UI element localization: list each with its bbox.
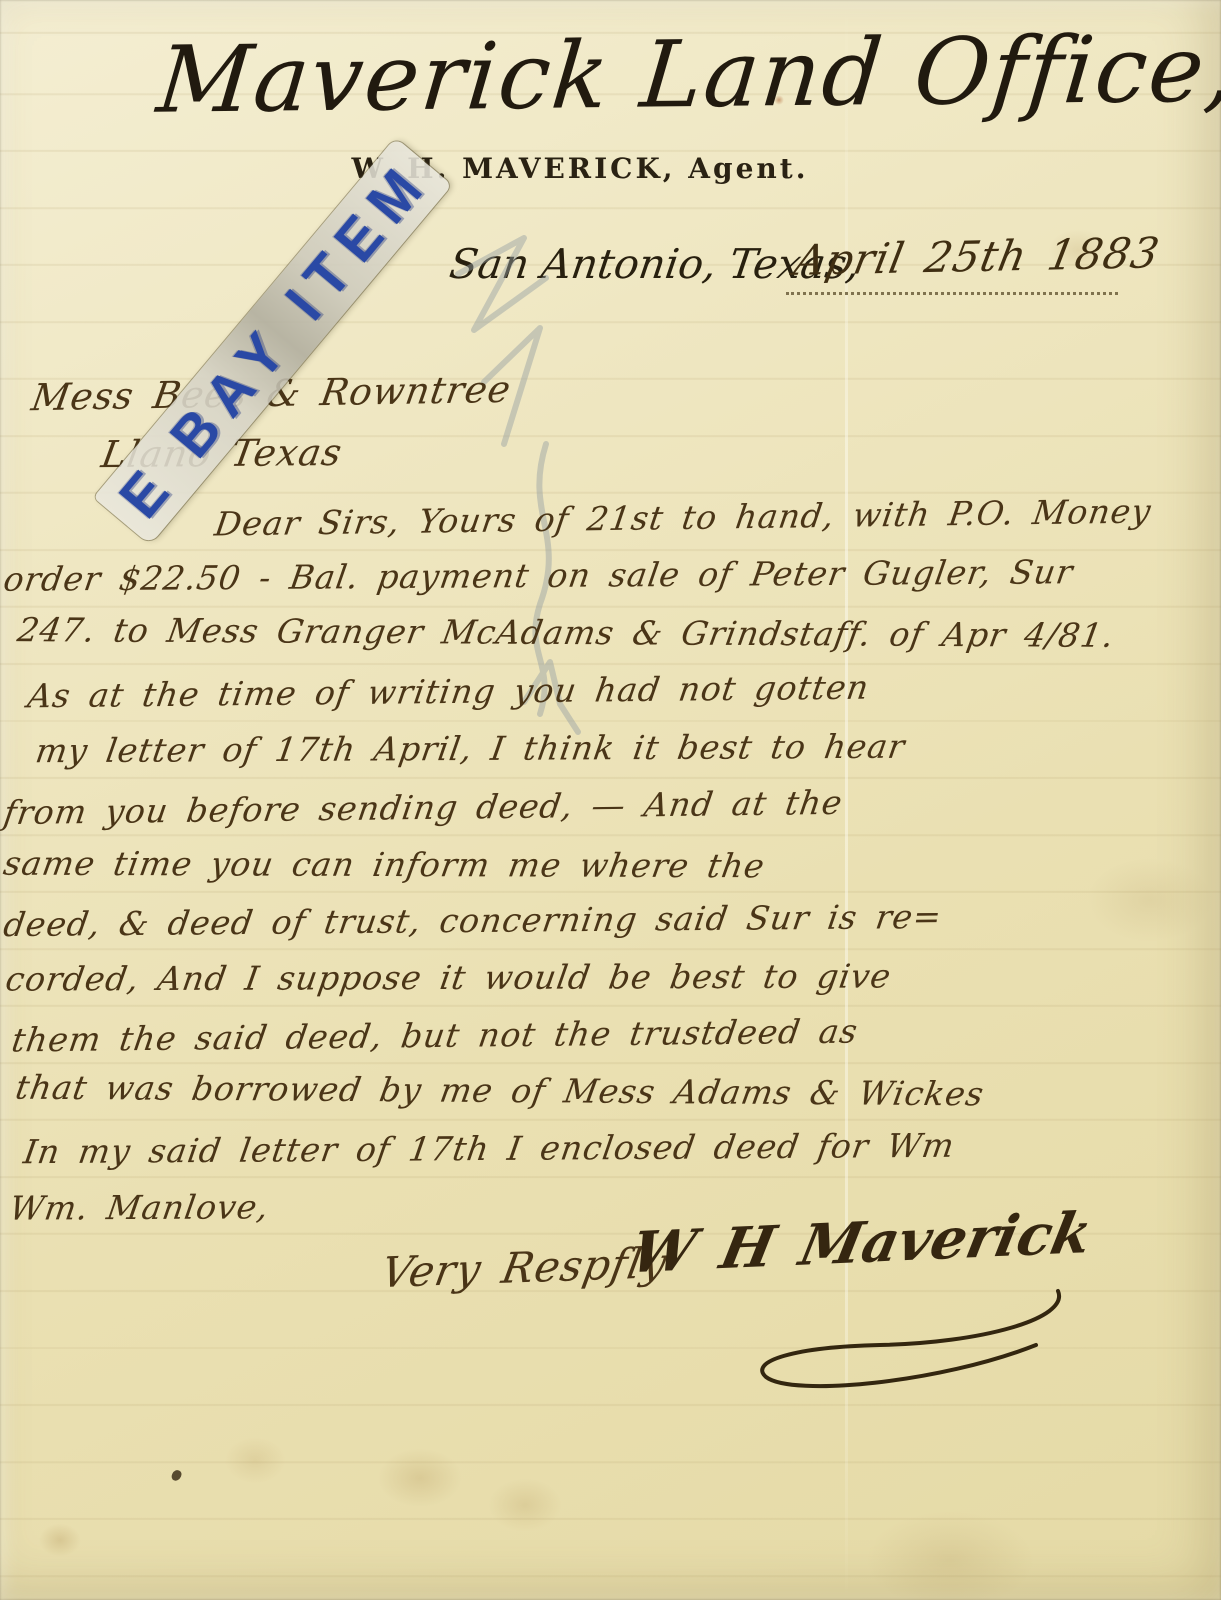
ebay-item-sticker: E BAY ITEM [93,137,452,545]
letter-page: Maverick Land Office, W. H. MAVERICK, Ag… [0,0,1221,1600]
letter-body-line: same time you can inform me where the [1,844,768,886]
dateline-date-handwritten: April 25th 1883 [790,228,1163,285]
letter-body-line: 247. to Mess Granger McAdams & Grindstaf… [15,610,1118,655]
letter-body-line: As at the time of writing you had not go… [25,668,872,716]
letter-body-line: Wm. Manlove, [7,1187,272,1227]
letter-body-line: In my said letter of 17th I enclosed dee… [21,1126,957,1172]
ink-fleck [170,1469,183,1483]
signature-flourish [740,1285,1070,1395]
letterhead-agent-line: W. H. MAVERICK, Agent. [0,152,1160,185]
ebay-item-sticker-label: E BAY ITEM [92,136,454,546]
letterhead-title: Maverick Land Office, [153,17,1063,134]
letter-body-line: deed, & deed of trust, concerning said S… [1,897,945,944]
letter-body-line: that was borrowed by me of Mess Adams & … [13,1068,987,1114]
closing-valediction: Very Respfly [378,1238,672,1297]
letter-body-line: from you before sending deed, — And at t… [1,783,845,832]
letter-body-line: order $22.50 - Bal. payment on sale of P… [1,552,1076,599]
signature-handwritten: W H Maverick [625,1200,1097,1287]
letter-body-line: my letter of 17th April, I think it best… [33,727,908,771]
letter-body-line: Dear Sirs, Yours of 21st to hand, with P… [212,491,1154,543]
letter-body-line: them the said deed, but not the trustdee… [9,1012,861,1060]
letter-body-line: corded, And I suppose it would be best t… [3,956,894,998]
